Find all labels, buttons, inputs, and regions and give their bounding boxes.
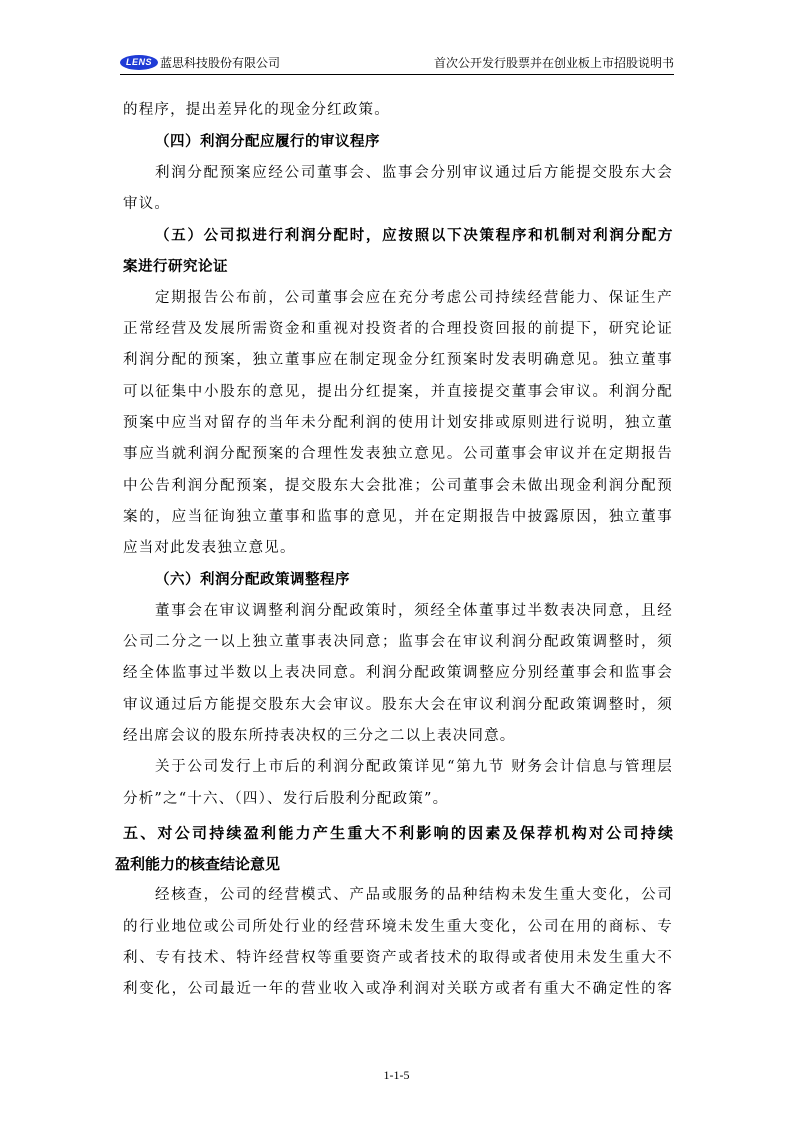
text-line: 关于公司发行上市后的利润分配政策详见“第九节 财务会计信息与管理层 [123, 752, 673, 783]
section-heading-five-cont: 盈利能力的核查结论意见 [115, 849, 673, 880]
text-line: 可以征集中小股东的意见，提出分红提案，并直接提交董事会审议。利润分配 [123, 377, 673, 408]
subheading-five-cont: 案进行研究论证 [123, 251, 673, 282]
text-line: 中公告利润分配预案，提交股东大会批准；公司董事会未做出现金利润分配预 [123, 471, 673, 502]
subheading-four: （四）利润分配应履行的审议程序 [123, 126, 673, 157]
page-number: 1-1-5 [0, 1068, 793, 1083]
text-line: 公司二分之一以上独立董事表决同意；监事会在审议利润分配政策调整时，须 [123, 627, 673, 658]
text-line: 利变化，公司最近一年的营业收入或净利润对关联方或者有重大不确定性的客 [123, 974, 673, 1005]
document-title: 首次公开发行股票并在创业板上市招股说明书 [434, 55, 674, 71]
text-line: 审议通过后方能提交股东大会审议。股东大会在审议利润分配政策调整时，须 [123, 690, 673, 721]
text-line: 预案中应当对留存的当年未分配利润的使用计划安排或原则进行说明，独立董 [123, 408, 673, 439]
text-line: 的行业地位或公司所处行业的经营环境未发生重大变化，公司在用的商标、专 [123, 912, 673, 943]
text-line: 经核查，公司的经营模式、产品或服务的品种结构未发生重大变化，公司 [123, 880, 673, 911]
section-heading-five: 五、对公司持续盈利能力产生重大不利影响的因素及保荐机构对公司持续 [123, 818, 673, 849]
text-line: 分析”之“十六、（四）、发行后股利分配政策”。 [123, 784, 673, 815]
company-name: 蓝思科技股份有限公司 [160, 55, 280, 71]
text-line: 利润分配预案应经公司董事会、监事会分别审议通过后方能提交股东大会 [123, 158, 673, 189]
text-line: 经全体监事过半数以上表决同意。利润分配政策调整应分别经董事会和监事会 [123, 658, 673, 689]
text-line: 案的，应当征询独立董事和监事的意见，并在定期报告中披露原因，独立董事 [123, 502, 673, 533]
text-line: 的程序，提出差异化的现金分红政策。 [123, 95, 673, 126]
text-line: 正常经营及发展所需资金和重视对投资者的合理投资回报的前提下，研究论证 [123, 314, 673, 345]
text-line: 经出席会议的股东所持表决权的三分之二以上表决同意。 [123, 721, 673, 752]
text-line: 审议。 [123, 189, 673, 220]
text-line: 应当对此发表独立意见。 [123, 533, 673, 564]
text-line: 定期报告公布前，公司董事会应在充分考虑公司持续经营能力、保证生产 [123, 283, 673, 314]
text-line: 事应当就利润分配预案的合理性发表独立意见。公司董事会审议并在定期报告 [123, 439, 673, 470]
lens-logo-icon: LENS [120, 55, 158, 70]
page-header: LENS 蓝思科技股份有限公司 首次公开发行股票并在创业板上市招股说明书 [120, 54, 674, 75]
text-line: 利、专有技术、特许经营权等重要资产或者技术的取得或者使用未发生重大不 [123, 943, 673, 974]
subheading-six: （六）利润分配政策调整程序 [123, 564, 673, 595]
text-line: 董事会在审议调整利润分配政策时，须经全体董事过半数表决同意，且经 [123, 596, 673, 627]
text-line: 利润分配的预案，独立董事应在制定现金分红预案时发表明确意见。独立董事 [123, 345, 673, 376]
subheading-five: （五）公司拟进行利润分配时，应按照以下决策程序和机制对利润分配方 [123, 220, 673, 251]
document-body: 的程序，提出差异化的现金分红政策。 （四）利润分配应履行的审议程序 利润分配预案… [123, 95, 673, 1006]
